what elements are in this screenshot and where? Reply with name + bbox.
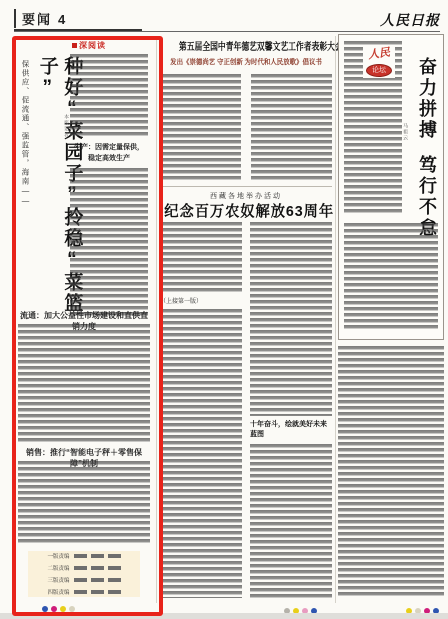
credit-row: 四版责编 <box>28 588 140 596</box>
commendation-article-body <box>160 74 332 180</box>
registration-dot-yellow <box>60 606 66 612</box>
page-number: 4 <box>58 12 65 27</box>
column-divider <box>156 36 157 603</box>
forum-headline-part1: 奋力拼搏 <box>417 57 437 141</box>
header-rule <box>14 31 440 32</box>
left-article-kicker: 保供应、促流通、强监管，海南—— <box>20 60 31 275</box>
body-text-block <box>251 74 332 180</box>
credit-label: 四版责编 <box>47 588 69 596</box>
name-placeholder <box>91 566 104 570</box>
name-placeholder <box>108 554 121 558</box>
deep-read-tag: 深阅读 <box>72 40 106 51</box>
body-text-block <box>160 74 241 180</box>
credit-label: 三版责编 <box>47 576 69 584</box>
middle-column: 第五届全国中青年德艺双馨文艺工作者表彰大会举行 发出《崇德尚艺 守正创新 为时代… <box>160 36 332 606</box>
tibet-article-headline: 纪念百万农奴解放63周年 <box>164 200 327 221</box>
right-column: 人民 论坛 奋力拼搏笃行不怠 马祖云 <box>338 34 444 606</box>
forum-article-byline: 马祖云 <box>402 123 409 141</box>
body-text-block <box>250 222 332 416</box>
header-rule-strong <box>14 29 142 31</box>
left-article-byline: 本报记者 <box>63 114 70 138</box>
page-header: 要闻 4 人民日报 <box>14 9 440 31</box>
name-placeholder <box>91 554 104 558</box>
commendation-article-subtitle: 发出《崇德尚艺 守正创新 为时代和人民放歌》倡议书 <box>167 57 325 67</box>
body-subcolumn-right: 十年奋斗，绘就美好未来蓝图 <box>250 222 332 598</box>
body-subcolumn-left: （上接第一版） <box>160 222 242 598</box>
left-article-column: 深阅读 保供应、促流通、强监管，海南—— 种好“菜园子”拎稳“菜篮子” 本报记者… <box>18 40 150 606</box>
name-placeholder <box>74 566 87 570</box>
registration-dot-cyan <box>42 606 48 612</box>
body-text-block <box>18 324 150 442</box>
section-label: 要闻 <box>22 9 52 28</box>
left-subhead-1: 生产：因需定量保供， 稳定高效生产 <box>70 143 148 164</box>
left-article-body-top: 生产：因需定量保供， 稳定高效生产 <box>70 52 148 350</box>
name-placeholder <box>74 578 87 582</box>
body-text-block <box>70 54 148 138</box>
registration-dot-magenta <box>51 606 57 612</box>
credit-label: 二版责编 <box>47 564 69 572</box>
credit-label: 一版责编 <box>47 552 69 560</box>
tag-square-icon <box>72 43 77 48</box>
body-text-block <box>160 309 242 598</box>
forum-column-box: 人民 论坛 奋力拼搏笃行不怠 马祖云 <box>338 34 444 340</box>
body-text-block <box>18 461 150 545</box>
body-text-block <box>338 346 444 598</box>
credit-row: 二版责编 <box>28 564 140 572</box>
left-subhead-1-line1: 生产：因需定量保供， <box>70 143 148 154</box>
page-editors-credits-box: 一版责编 二版责编 三版责编 四版责编 <box>28 551 140 597</box>
name-placeholder <box>108 566 121 570</box>
body-text-block <box>344 223 438 329</box>
name-placeholder <box>91 578 104 582</box>
body-text-block <box>70 168 148 318</box>
credit-row: 一版责编 <box>28 552 140 560</box>
name-placeholder <box>74 590 87 594</box>
deep-read-tag-label: 深阅读 <box>79 40 106 51</box>
name-placeholder <box>108 578 121 582</box>
newspaper-page: 要闻 4 人民日报 深阅读 保供应、促流通、强监管，海南—— 种好“菜园子”拎稳… <box>0 0 448 619</box>
column-divider <box>335 36 336 603</box>
credit-row: 三版责编 <box>28 576 140 584</box>
name-placeholder <box>91 590 104 594</box>
body-text-block <box>160 222 242 294</box>
name-placeholder <box>74 554 87 558</box>
people-forum-logo: 人民 论坛 <box>363 47 395 78</box>
page-bottom-edge <box>0 613 448 619</box>
article-divider <box>160 186 332 187</box>
registration-dot-pale <box>69 606 75 612</box>
tibet-article-body: （上接第一版） 十年奋斗，绘就美好未来蓝图 <box>160 222 332 598</box>
section-header: 要闻 4 <box>14 9 65 28</box>
body-text-block <box>250 444 332 598</box>
continuation-marker: （上接第一版） <box>160 294 242 307</box>
tibet-article-subhead: 十年奋斗，绘就美好未来蓝图 <box>250 416 332 442</box>
left-subhead-1-line2: 稳定高效生产 <box>70 154 148 165</box>
name-placeholder <box>108 590 121 594</box>
logo-oval-badge: 论坛 <box>366 64 392 77</box>
logo-script-text: 人民 <box>362 46 395 61</box>
masthead-logo: 人民日报 <box>380 10 440 30</box>
commendation-article-headline: 第五届全国中青年德艺双馨文艺工作者表彰大会举行 <box>179 38 313 53</box>
